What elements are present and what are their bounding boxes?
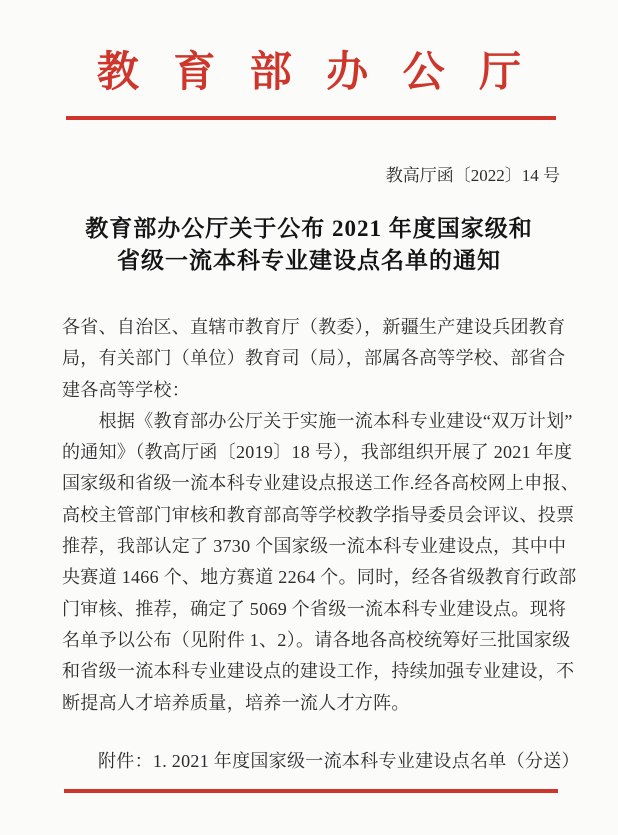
doc-number: 教高厅函〔2022〕14 号	[0, 164, 560, 188]
notice-body-line: 各省、自治区、直辖市教育厅（教委），新疆生产建设兵团教育	[62, 312, 564, 343]
notice-body-line: 门审核、推荐，确定了 5069 个省级一流本科专业建设点。现将	[62, 594, 564, 625]
attachment-line: 附件：1. 2021 年度国家级一流本科专业建设点名单（分送）	[62, 749, 618, 773]
notice-body-line: 国家级和省级一流本科专业建设点报送工作.经各高校网上申报、	[62, 468, 564, 499]
letterhead: 教育部办公厅	[0, 50, 618, 97]
notice-title-line: 教育部办公厅关于公布 2021 年度国家级和	[0, 213, 618, 245]
notice-body-line: 局，有关部门（单位）教育司（局），部属各高等学校、部省合	[62, 343, 564, 374]
notice-body: 各省、自治区、直辖市教育厅（教委），新疆生产建设兵团教育局，有关部门（单位）教育…	[62, 312, 564, 719]
notice-body-line: 建各高等学校：	[62, 375, 564, 406]
notice-body-line: 断提高人才培养质量，培养一流人才方阵。	[62, 688, 564, 719]
notice-body-line: 的通知》（教高厅函〔2019〕18 号），我部组织开展了 2021 年度	[62, 437, 564, 468]
notice-title-line: 省级一流本科专业建设点名单的通知	[0, 245, 618, 277]
letterhead-double-rule	[66, 116, 556, 120]
document-page: 教育部办公厅 教高厅函〔2022〕14 号 教育部办公厅关于公布 2021 年度…	[0, 0, 618, 835]
agency-name: 教育部办公厅	[97, 50, 556, 97]
notice-title: 教育部办公厅关于公布 2021 年度国家级和省级一流本科专业建设点名单的通知	[0, 213, 618, 277]
footer-double-rule	[64, 789, 558, 793]
notice-body-line: 根据《教育部办公厅关于实施一流本科专业建设“双万计划”	[62, 406, 564, 437]
notice-body-line: 名单予以公布（见附件 1、2）。请各地各高校统筹好三批国家级	[62, 625, 564, 656]
notice-body-line: 央赛道 1466 个、地方赛道 2264 个。同时，经各省级教育行政部	[62, 562, 564, 593]
notice-body-line: 推荐，我部认定了 3730 个国家级一流本科专业建设点，其中中	[62, 531, 564, 562]
notice-body-line: 高校主管部门审核和教育部高等学校教学指导委员会评议、投票	[62, 500, 564, 531]
notice-body-line: 和省级一流本科专业建设点的建设工作，持续加强专业建设，不	[62, 656, 564, 687]
